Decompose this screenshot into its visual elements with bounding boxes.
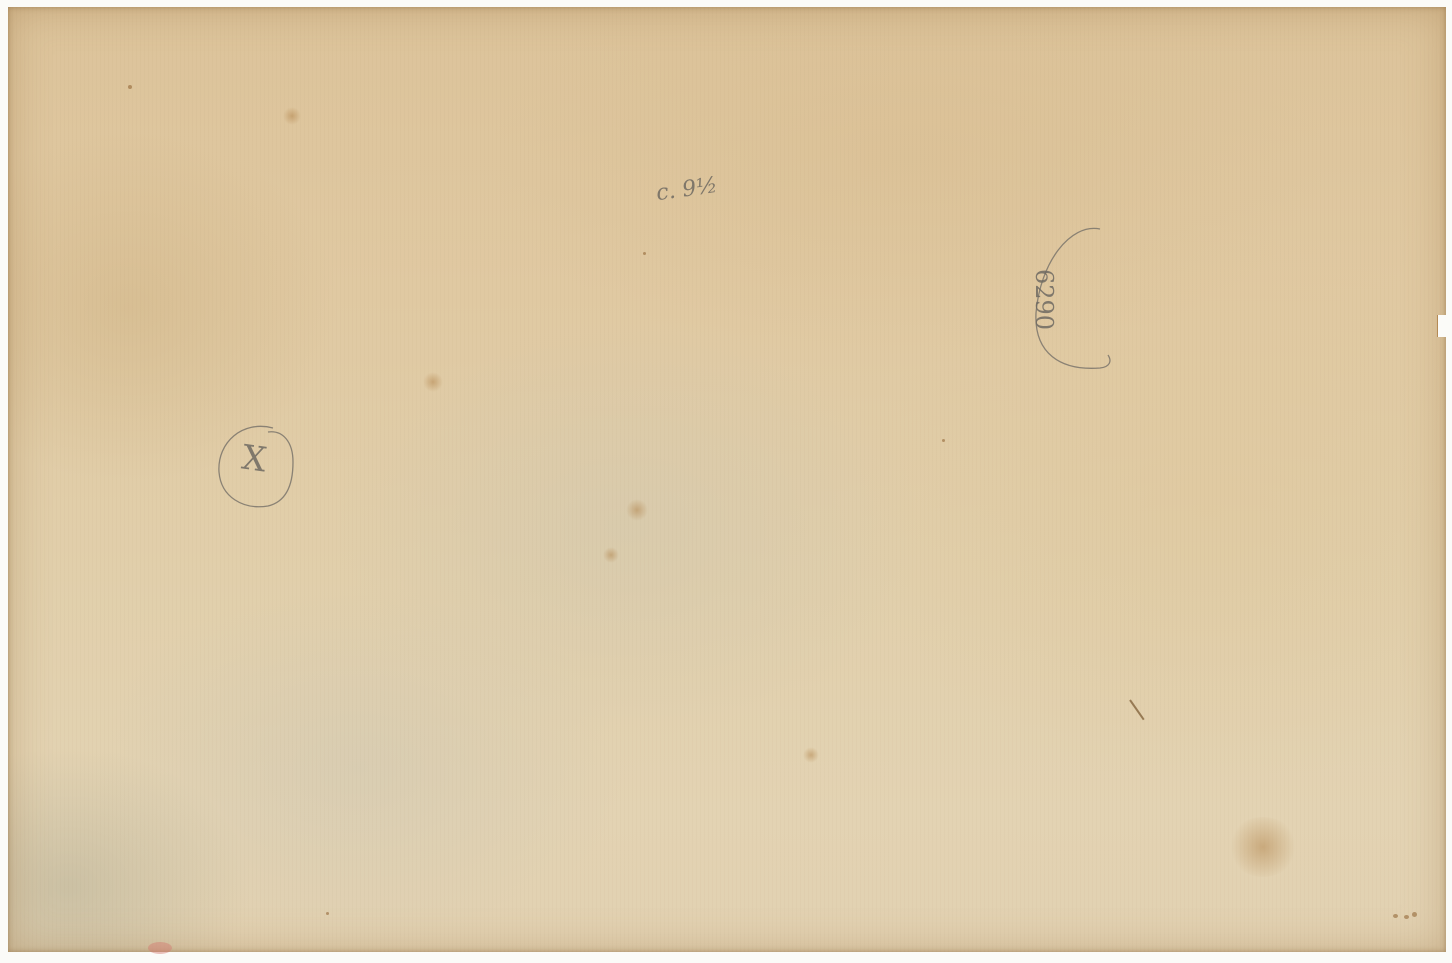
image-canvas: c. 9½ 6290 X xyxy=(0,0,1452,963)
foxing-speck xyxy=(942,439,945,442)
scratch-mark xyxy=(1129,699,1144,720)
foxing-stain xyxy=(803,747,819,763)
foxing-speck xyxy=(1393,914,1398,918)
foxing-speck xyxy=(128,85,132,89)
foxing-stain xyxy=(1228,817,1298,877)
foxing-stain xyxy=(423,372,443,392)
foxing-stain xyxy=(283,107,301,125)
pink-smudge xyxy=(148,942,172,954)
edge-tear xyxy=(1437,315,1448,337)
foxing-stain xyxy=(626,499,648,521)
foxing-speck xyxy=(643,252,646,255)
pencil-note-number: 6290 xyxy=(1030,269,1058,330)
foxing-speck xyxy=(1404,915,1409,919)
foxing-stain xyxy=(603,547,619,563)
foxing-speck xyxy=(326,912,329,915)
paper-sheet: c. 9½ 6290 X xyxy=(8,7,1446,952)
pencil-note-top: c. 9½ xyxy=(655,173,720,206)
foxing-speck xyxy=(1412,912,1417,917)
